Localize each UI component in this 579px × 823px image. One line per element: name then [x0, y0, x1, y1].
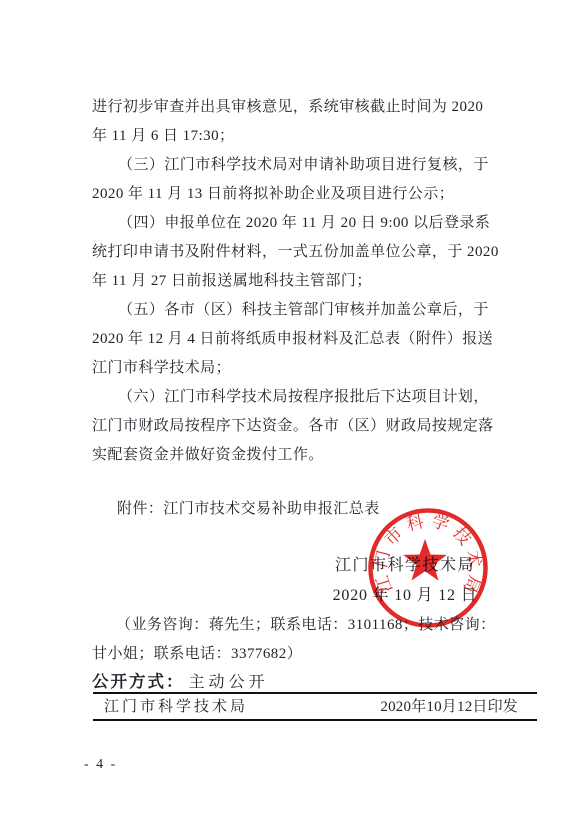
body-line: （五）各市（区）科技主管部门审核并加盖公章后，于 — [92, 296, 502, 325]
body-line: 年 11 月 6 日 17:30； — [92, 122, 502, 151]
publish-method-label: 公开方式： — [92, 673, 185, 691]
publish-method-value: 主动公开 — [189, 674, 269, 691]
body-line: （三）江门市科学技术局对申请补助项目进行复核，于 — [92, 151, 502, 180]
contact-line: 甘小姐；联系电话：3377682） — [92, 640, 502, 669]
body-line: （六）江门市科学技术局按程序报批后下达项目计划， — [92, 383, 502, 412]
body-paragraphs: 进行初步审查并出具审核意见，系统审核截止时间为 2020 年 11 月 6 日 … — [92, 93, 502, 470]
page-number: - 4 - — [84, 756, 117, 774]
footer-rule-top — [93, 692, 537, 694]
star-icon — [403, 539, 447, 581]
footer-issuer: 江门市科学技术局 — [93, 697, 248, 718]
body-line: 2020 年 12 月 4 日前将纸质申报材料及汇总表（附件）报送 — [92, 325, 502, 354]
footer-imprint-row: 江门市科学技术局 2020年10月12日印发 — [93, 697, 537, 718]
body-line: 统打印申请书及附件材料，一式五份加盖单位公章，于 2020 — [92, 238, 502, 267]
body-line: 进行初步审查并出具审核意见，系统审核截止时间为 2020 — [92, 93, 502, 122]
body-line: 江门市财政局按程序下达资金。各市（区）财政局按规定落 — [92, 412, 502, 441]
body-line: 年 11 月 27 日前报送属地科技主管部门； — [92, 267, 502, 296]
contact-line: （业务咨询：蒋先生；联系电话：3101168；技术咨询： — [92, 611, 502, 640]
contact-info: （业务咨询：蒋先生；联系电话：3101168；技术咨询： 甘小姐；联系电话：33… — [92, 611, 502, 669]
body-line: 实配套资金并做好资金拨付工作。 — [92, 441, 502, 470]
footer-print-date: 2020年10月12日印发 — [380, 697, 537, 718]
body-line: 江门市科学技术局； — [92, 354, 502, 383]
document-page: 进行初步审查并出具审核意见，系统审核截止时间为 2020 年 11 月 6 日 … — [0, 0, 579, 823]
body-line: （四）申报单位在 2020 年 11 月 20 日 9:00 以后登录系 — [92, 209, 502, 238]
body-line: 2020 年 11 月 13 日前将拟补助企业及项目进行公示； — [92, 180, 502, 209]
footer-rule-bottom — [93, 719, 537, 721]
